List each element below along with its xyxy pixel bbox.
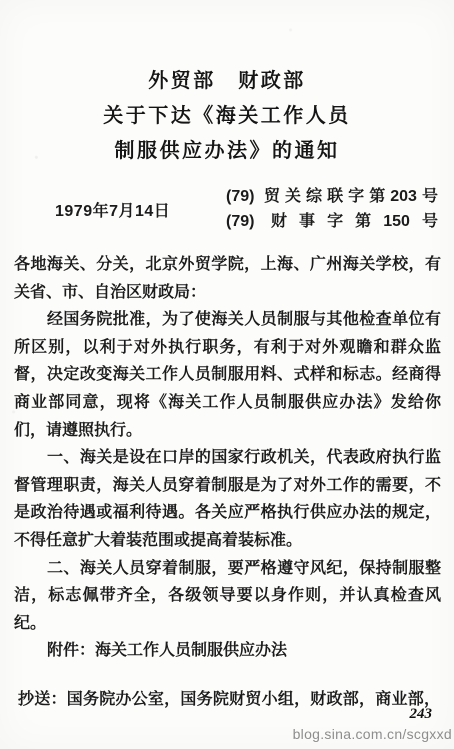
body-line: 督管理职责，海关人员穿着制服是为了对外工作的需要，不 [14,472,441,500]
document-number-finance: (79) 财事字第150号 [226,209,438,234]
attachment-line: 附件：海关工作人员制服供应办法 [14,637,441,665]
body-line: 商业部同意，现将《海关工作人员制服供应办法》发给你 [14,389,441,417]
body-line: 是政治待遇或福利待遇。各关应严格执行供应办法的规定， [14,499,441,527]
document-number-trade: (79) 贸关综联字第203号 [226,184,438,209]
blog-watermark: blog.sina.com.cn/scgxxd [293,726,452,742]
document-date: 1979年7月14日 [55,198,170,221]
body-line: 洁，标志佩带齐全，各级领导要以身作则，并认真检查风 [14,582,441,610]
body-line: 一、海关是设在口岸的国家行政机关，代表政府执行监 [14,444,441,472]
document-numbers: (79) 贸关综联字第203号 (79) 财事字第150号 [226,184,438,234]
body-line: 经国务院批准，为了使海关人员制服与其他检查单位有 [14,306,441,334]
body-line: 纪。 [14,610,441,638]
date-and-number-row: 1979年7月14日 (79) 贸关综联字第203号 (79) 财事字第150号 [55,184,438,234]
body-line: 所区别，以利于对外执行职务，有利于对外观瞻和群众监 [14,334,441,362]
cc-distribution-line: 抄送：国务院办公室，国务院财贸小组，财政部，商业部， [18,686,440,709]
title-line-ministries: 外贸部 财政部 [0,64,454,99]
document-body: 各地海关、分关，北京外贸学院，上海、广州海关学校，有 关省、市、自治区财政局： … [14,251,441,665]
body-line: 们，请遵照执行。 [14,417,441,445]
document-title: 外贸部 财政部 关于下达《海关工作人员 制服供应办法》的通知 [0,64,454,169]
body-line: 关省、市、自治区财政局： [14,279,441,307]
body-line: 各地海关、分关，北京外贸学院，上海、广州海关学校，有 [14,251,441,279]
body-line: 不得任意扩大着装范围或提高着装标准。 [14,527,441,555]
page-number: 243 [410,706,433,723]
title-line-subject-2: 制服供应办法》的通知 [0,134,454,169]
body-line: 二、海关人员穿着制服，要严格遵守风纪，保持制服整 [14,555,441,583]
body-line: 督，决定改变海关工作人员制服用料、式样和标志。经商得 [14,361,441,389]
title-line-subject-1: 关于下达《海关工作人员 [0,99,454,134]
scanned-document-page: 外贸部 财政部 关于下达《海关工作人员 制服供应办法》的通知 1979年7月14… [0,0,454,749]
